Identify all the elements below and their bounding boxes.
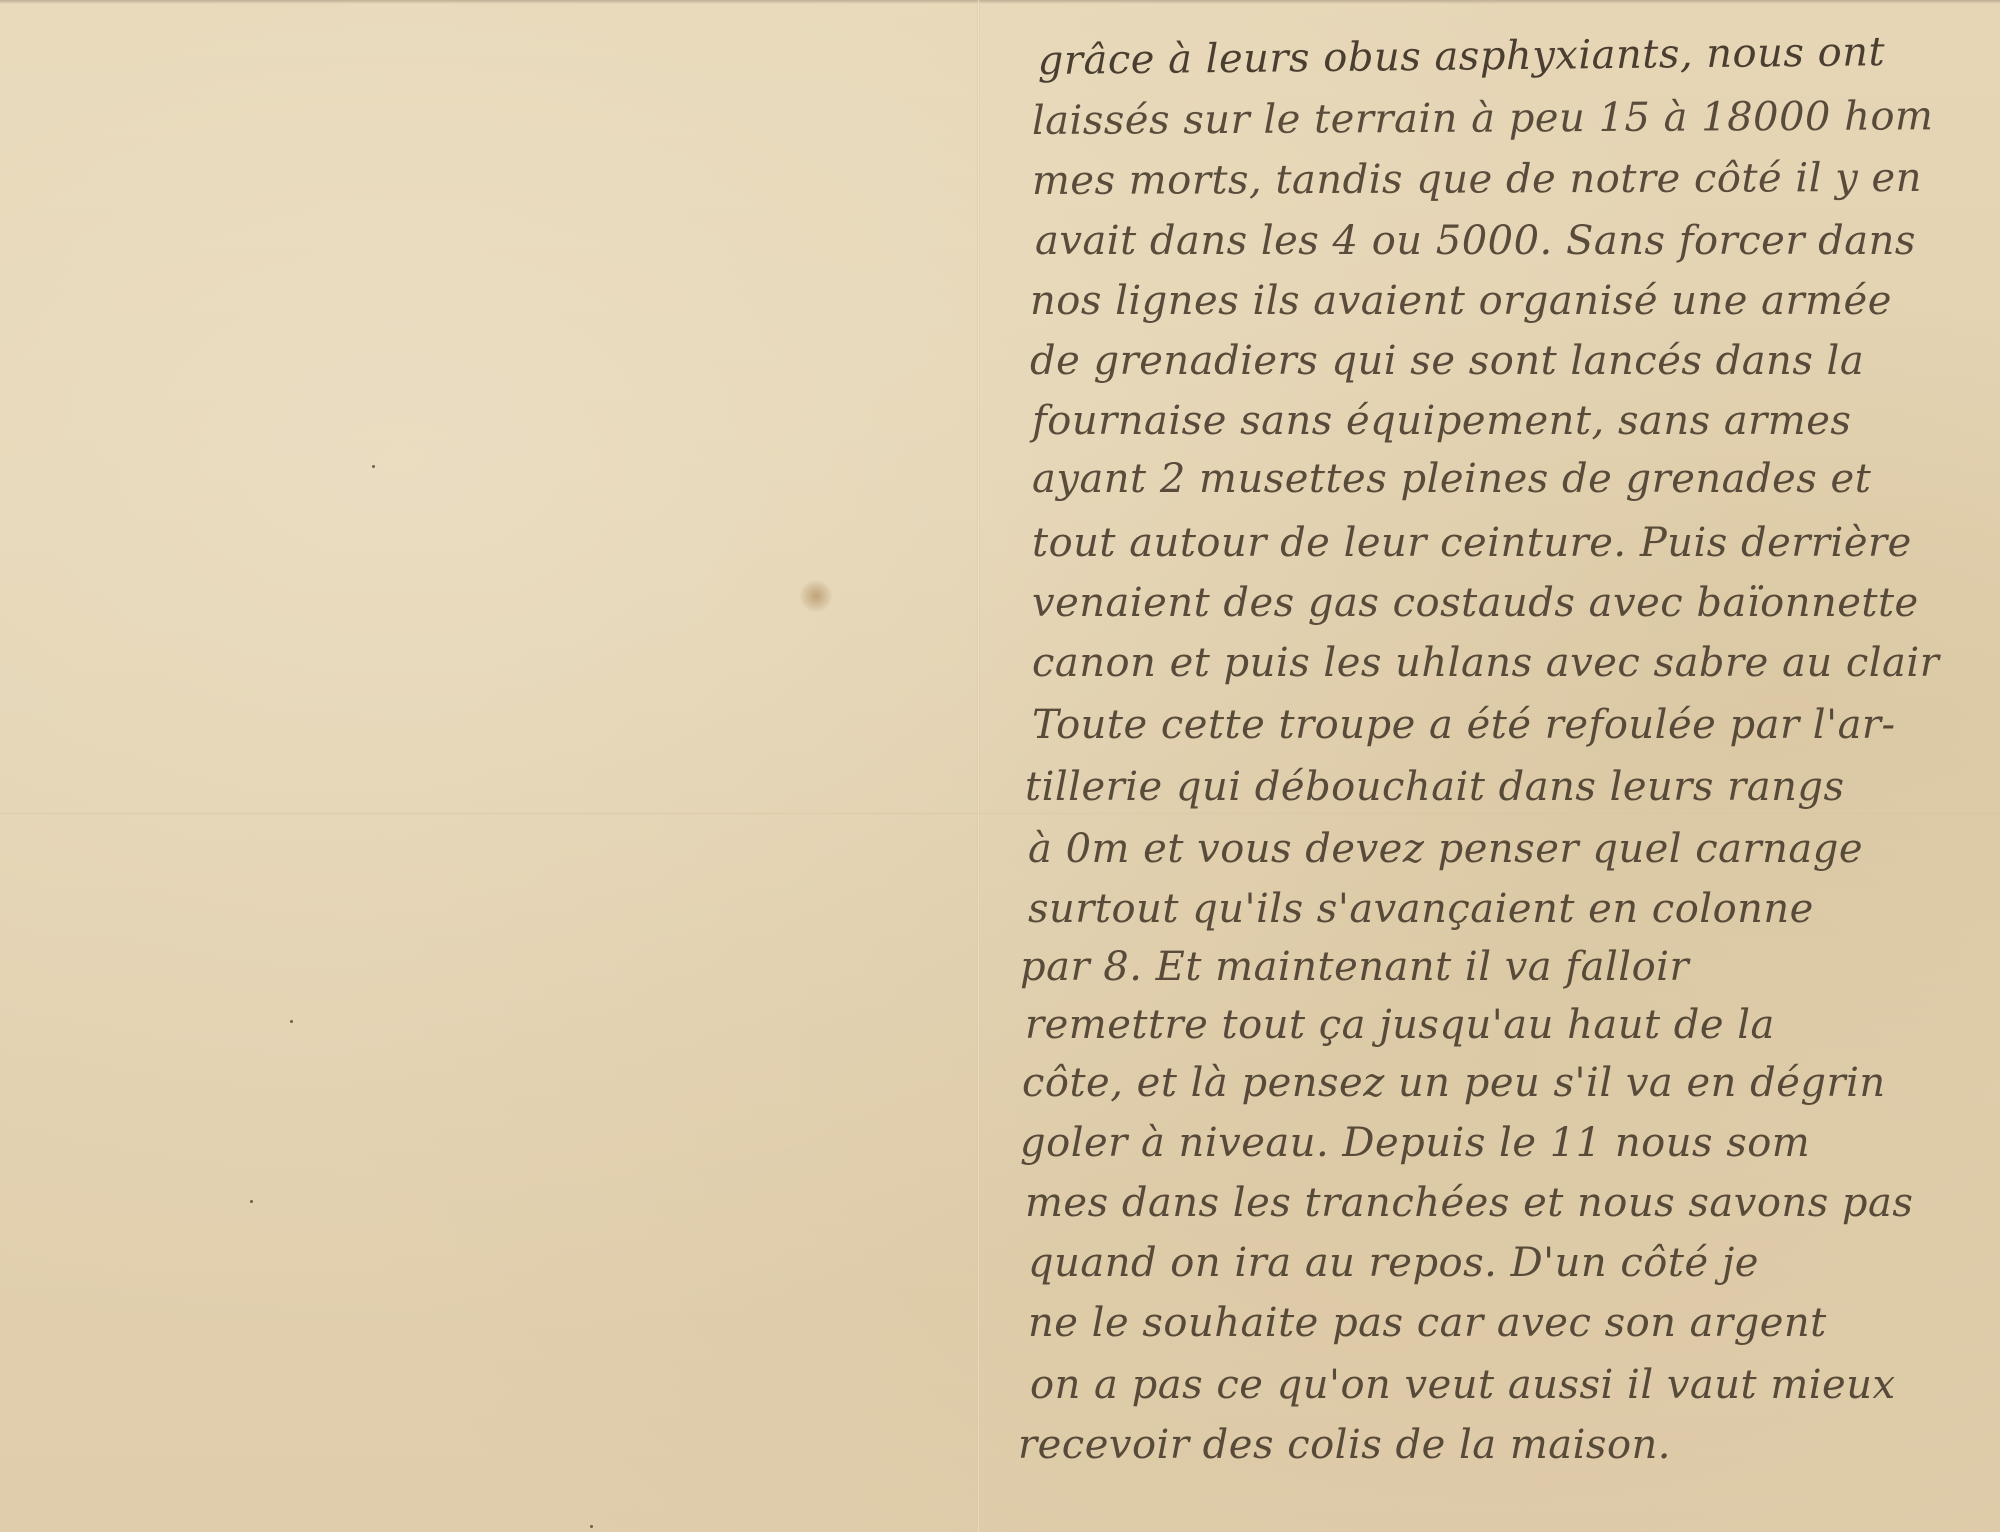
paper-stain bbox=[800, 580, 832, 612]
handwritten-line: remettre tout ça jusqu'au haut de la bbox=[1025, 1002, 1775, 1048]
handwritten-line: côte, et là pensez un peu s'il va en dég… bbox=[1022, 1060, 1886, 1106]
handwritten-line: tout autour de leur ceinture. Puis derri… bbox=[1032, 520, 1912, 566]
handwritten-line: mes morts, tandis que de notre côté il y… bbox=[1032, 155, 1922, 204]
handwritten-line: goler à niveau. Depuis le 11 nous som bbox=[1020, 1120, 1810, 1166]
handwritten-line: on a pas ce qu'on veut aussi il vaut mie… bbox=[1030, 1362, 1896, 1408]
handwritten-line: laissés sur le terrain à peu 15 à 18000 … bbox=[1032, 93, 1934, 144]
handwritten-line: de grenadiers qui se sont lancés dans la bbox=[1030, 338, 1864, 384]
handwritten-line: Toute cette troupe a été refoulée par l'… bbox=[1032, 702, 1896, 748]
handwritten-line: canon et puis les uhlans avec sabre au c… bbox=[1032, 640, 1939, 686]
handwritten-line: ayant 2 musettes pleines de grenades et bbox=[1032, 456, 1871, 502]
handwritten-line: quand on ira au repos. D'un côté je bbox=[1028, 1240, 1759, 1286]
left-page-blank bbox=[0, 0, 978, 1532]
handwritten-line: recevoir des colis de la maison. bbox=[1018, 1422, 1671, 1468]
right-page-handwriting: grâce à leurs obus asphyxiants, nous ont… bbox=[980, 0, 2000, 1532]
handwritten-line: à 0m et vous devez penser quel carnage bbox=[1028, 826, 1863, 872]
handwritten-line: venaient des gas costauds avec baïonnett… bbox=[1032, 580, 1919, 626]
paper-speck bbox=[372, 465, 375, 468]
handwritten-line: fournaise sans équipement, sans armes bbox=[1032, 398, 1851, 444]
handwritten-line: grâce à leurs obus asphyxiants, nous ont bbox=[1038, 29, 1886, 84]
handwritten-line: surtout qu'ils s'avançaient en colonne bbox=[1028, 886, 1814, 932]
paper-speck bbox=[290, 1020, 293, 1023]
handwritten-line: nos lignes ils avaient organisé une armé… bbox=[1030, 278, 1892, 324]
handwritten-line: par 8. Et maintenant il va falloir bbox=[1020, 944, 1689, 990]
paper-speck bbox=[250, 1200, 253, 1203]
handwritten-line: mes dans les tranchées et nous savons pa… bbox=[1025, 1180, 1913, 1226]
paper-speck bbox=[590, 1525, 593, 1528]
letter-scan: grâce à leurs obus asphyxiants, nous ont… bbox=[0, 0, 2000, 1532]
handwritten-line: ne le souhaite pas car avec son argent bbox=[1028, 1300, 1827, 1346]
handwritten-line: tillerie qui débouchait dans leurs rangs bbox=[1025, 764, 1845, 810]
handwritten-line: avait dans les 4 ou 5000. Sans forcer da… bbox=[1035, 218, 1916, 264]
